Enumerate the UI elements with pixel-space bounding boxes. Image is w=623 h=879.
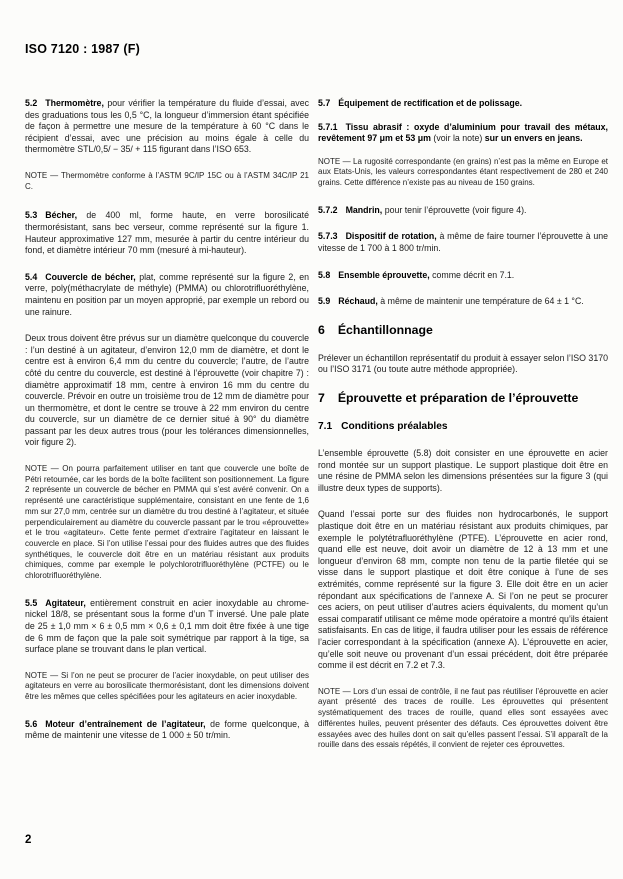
- section-title-continued: sur un envers en jeans.: [485, 133, 583, 143]
- section-title: Bécher,: [45, 210, 77, 220]
- heading-7-1-conditions: 7.1Conditions préalables: [318, 421, 608, 433]
- section-number: 5.2: [25, 98, 37, 108]
- section-5-7-3-dispositif: 5.7.3Dispositif de rotation, à même de f…: [318, 231, 608, 254]
- section-5-7-1-tissu-abrasif: 5.7.1Tissu abrasif : oxyde d’aluminium p…: [318, 122, 608, 145]
- section-5-3-becher: 5.3Bécher, de 400 ml, forme haute, en ve…: [25, 210, 309, 256]
- note-7-1: NOTE — Lors d’un essai de contrôle, il n…: [318, 687, 608, 751]
- note-5-7-1: NOTE — La rugosité correspondante (en gr…: [318, 157, 608, 189]
- heading-number: 7: [318, 391, 325, 405]
- page-number: 2: [25, 834, 31, 846]
- heading-6-echantillonnage: 6Échantillonnage: [318, 323, 608, 337]
- section-5-6-moteur: 5.6Moteur d’entraînement de l’agitateur,…: [25, 719, 309, 742]
- paragraph-quand-essai: Quand l’essai porte sur des fluides non …: [318, 509, 608, 671]
- section-number: 5.7.1: [318, 122, 338, 132]
- paragraph-prelever: Prélever un échantillon représentatif du…: [318, 353, 608, 376]
- heading-title: Échantillonnage: [338, 323, 433, 337]
- section-text: à même de maintenir une température de 6…: [380, 296, 583, 306]
- section-number: 5.8: [318, 270, 330, 280]
- note-5-5: NOTE — Si l’on ne peut se procurer de l’…: [25, 671, 309, 703]
- heading-title: Éprouvette et préparation de l’éprouvett…: [338, 391, 579, 405]
- section-title: Ensemble éprouvette,: [338, 270, 429, 280]
- section-text: pour tenir l’éprouvette (voir figure 4).: [385, 205, 527, 215]
- section-5-4-couvercle: 5.4Couvercle de bécher, plat, comme repr…: [25, 272, 309, 318]
- section-title: Moteur d’entraînement de l’agitateur,: [45, 719, 205, 729]
- heading-title: Conditions préalables: [341, 421, 447, 432]
- section-number: 5.5: [25, 598, 37, 608]
- document-page: ISO 7120 : 1987 (F) 5.2Thermomètre, pour…: [0, 0, 623, 879]
- heading-number: 6: [318, 323, 325, 337]
- section-5-7-equipement: 5.7Équipement de rectification et de pol…: [318, 98, 608, 110]
- section-title: Réchaud,: [338, 296, 378, 306]
- paragraph-deux-trous: Deux trous doivent être prévus sur un di…: [25, 333, 309, 449]
- right-column: 5.7Équipement de rectification et de pol…: [318, 98, 608, 751]
- note-5-2: NOTE — Thermomètre conforme à l’ASTM 9C/…: [25, 171, 309, 192]
- paragraph-ensemble-eprouvette: L’ensemble éprouvette (5.8) doit consist…: [318, 448, 608, 494]
- section-number: 5.7: [318, 98, 330, 108]
- left-column: 5.2Thermomètre, pour vérifier la tempéra…: [25, 98, 309, 742]
- section-5-8-ensemble: 5.8Ensemble éprouvette, comme décrit en …: [318, 270, 608, 282]
- document-reference-header: ISO 7120 : 1987 (F): [25, 42, 140, 56]
- heading-number: 7.1: [318, 421, 332, 432]
- section-text: comme décrit en 7.1.: [432, 270, 514, 280]
- section-number: 5.4: [25, 272, 37, 282]
- section-number: 5.7.3: [318, 231, 338, 241]
- section-title: Équipement de rectification et de poliss…: [338, 98, 522, 108]
- section-text: (voir la note): [433, 133, 482, 143]
- note-5-4: NOTE — On pourra parfaitement utiliser e…: [25, 464, 309, 582]
- section-title: Thermomètre,: [45, 98, 104, 108]
- section-number: 5.6: [25, 719, 37, 729]
- section-number: 5.3: [25, 210, 37, 220]
- section-title: Dispositif de rotation,: [346, 231, 437, 241]
- section-number: 5.7.2: [318, 205, 338, 215]
- section-5-9-rechaud: 5.9Réchaud, à même de maintenir une temp…: [318, 296, 608, 308]
- section-5-5-agitateur: 5.5Agitateur, entièrement construit en a…: [25, 598, 309, 656]
- section-title: Mandrin,: [346, 205, 383, 215]
- heading-7-eprouvette: 7Éprouvette et préparation de l’éprouvet…: [318, 391, 608, 405]
- section-5-2-thermometre: 5.2Thermomètre, pour vérifier la tempéra…: [25, 98, 309, 156]
- section-title: Agitateur,: [45, 598, 86, 608]
- section-number: 5.9: [318, 296, 330, 306]
- section-5-7-2-mandrin: 5.7.2Mandrin, pour tenir l’éprouvette (v…: [318, 205, 608, 217]
- section-title: Couvercle de bécher,: [45, 272, 136, 282]
